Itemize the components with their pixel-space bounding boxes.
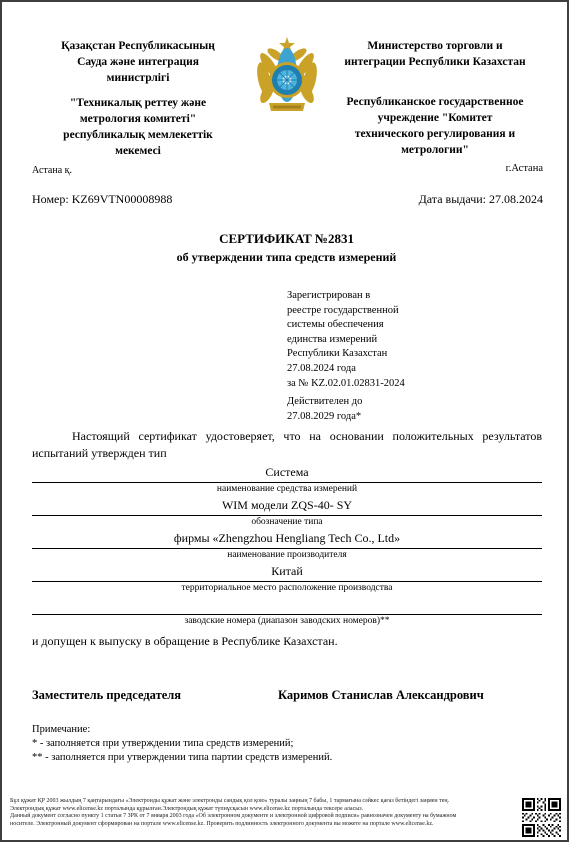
header-right-ministry: Министерство торговли и интеграции Респу…	[322, 38, 548, 70]
footer-legal-text: Бұл құжат ҚР 2003 жылдың 7 қаңтарындағы …	[10, 798, 512, 828]
field-caption: заводские номера (диапазон заводских ном…	[32, 615, 542, 628]
header-left-org: Қазақстан Республикасының Сауда және инт…	[30, 38, 246, 159]
field-instrument-name: Система наименование средства измерений	[32, 463, 542, 496]
validity-text: Действителен до 27.08.2029 года*	[287, 395, 487, 424]
header-left-committee: "Техникалық реттеу және метрология комит…	[30, 95, 246, 159]
footer-legal-ru: Данный документ согласно пункту 1 статьи…	[10, 813, 512, 828]
header-left-ministry: Қазақстан Республикасының Сауда және инт…	[30, 38, 246, 86]
field-value: WIM модели ZQS-40- SY	[32, 496, 542, 516]
field-country: Китай территориальное место расположение…	[32, 562, 542, 595]
certificate-title: СЕРТИФИКАТ №2831	[2, 231, 569, 247]
notes-title: Примечание:	[32, 723, 542, 737]
header-right-committee: Республиканское государственное учрежден…	[322, 94, 548, 158]
field-manufacturer: фирмы «Zhengzhou Hengliang Tech Co., Ltd…	[32, 529, 542, 562]
intro-paragraph: Настоящий сертификат удостоверяет, что н…	[32, 428, 542, 462]
title-block: СЕРТИФИКАТ №2831 об утверждении типа сре…	[2, 231, 569, 265]
field-value: Китай	[32, 562, 542, 582]
kazakhstan-coat-of-arms-icon	[251, 35, 323, 118]
signatory-position: Заместитель председателя	[32, 688, 181, 703]
notes-block: Примечание: * - заполняется при утвержде…	[32, 723, 542, 765]
issue-date: Дата выдачи: 27.08.2024	[419, 192, 543, 207]
registration-text: Зарегистрирован в реестре государственно…	[287, 289, 487, 391]
field-caption: наименование производителя	[32, 549, 542, 562]
field-value	[32, 595, 542, 615]
certificate-page: Қазақстан Республикасының Сауда және инт…	[0, 0, 569, 842]
field-caption: наименование средства измерений	[32, 483, 542, 496]
signatory-name: Каримов Станислав Александрович	[278, 688, 484, 703]
note-item: * - заполняется при утверждении типа сре…	[32, 737, 542, 751]
note-item: ** - заполняется при утверждении типа па…	[32, 751, 542, 765]
certificate-number: Номер: KZ69VTN00008988	[32, 192, 172, 207]
registration-block: Зарегистрирован в реестре государственно…	[287, 289, 487, 424]
field-type-designation: WIM модели ZQS-40- SY обозначение типа	[32, 496, 542, 529]
city-right-label: г.Астана	[506, 163, 543, 174]
field-value: Система	[32, 463, 542, 483]
qr-code	[522, 798, 561, 837]
field-caption: обозначение типа	[32, 516, 542, 529]
closing-paragraph: и допущен к выпуску в обращение в Респуб…	[32, 634, 542, 649]
footer-legal-kk: Бұл құжат ҚР 2003 жылдың 7 қаңтарындағы …	[10, 798, 512, 813]
form-fields: Система наименование средства измерений …	[32, 463, 542, 628]
field-value: фирмы «Zhengzhou Hengliang Tech Co., Ltd…	[32, 529, 542, 549]
certificate-subtitle: об утверждении типа средств измерений	[2, 250, 569, 265]
field-caption: территориальное место расположение произ…	[32, 582, 542, 595]
field-serial-numbers: заводские номера (диапазон заводских ном…	[32, 595, 542, 628]
header-right-org: Министерство торговли и интеграции Респу…	[322, 38, 548, 158]
city-left-label: Астана қ.	[32, 165, 72, 176]
